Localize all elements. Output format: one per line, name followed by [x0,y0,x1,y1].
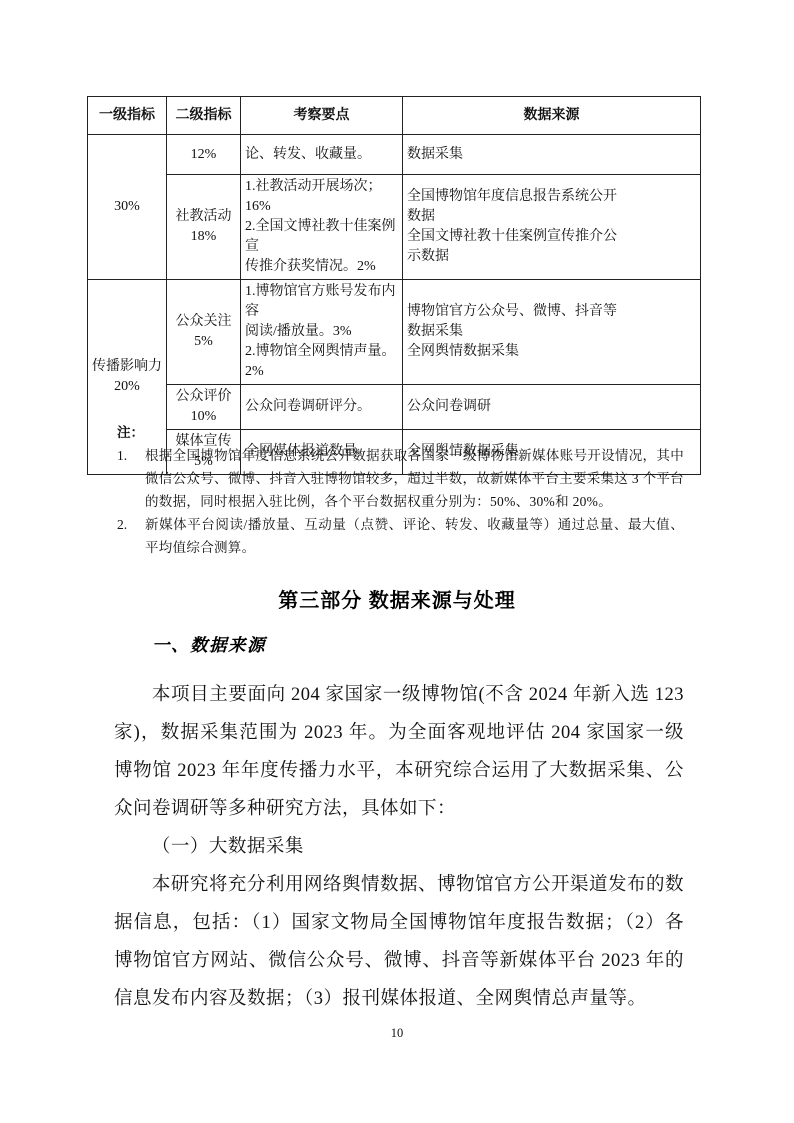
header-level2-indicator: 二级指标 [167,97,241,135]
table-row: 社教活动 18% 1.社教活动开展场次；16% 2.全国文博社教十佳案例宣 传推… [88,175,701,280]
header-key-points: 考察要点 [241,97,403,135]
cell-level2-12pct: 12% [167,135,241,175]
note-number: 1. [117,444,145,467]
subsection-title: 一、数据来源 [152,632,266,657]
cell-source: 全国博物馆年度信息报告系统公开 数据 全国文博社教十佳案例宣传推介公 示数据 [403,175,701,280]
cell-level1-30pct: 30% [88,135,167,280]
page-number: 10 [0,1026,794,1041]
table-header-row: 一级指标 二级指标 考察要点 数据来源 [88,97,701,135]
note-text: 根据全国博物馆年度信息系统公开数据获取各国家一级博物馆新媒体账号开设情况，其中微… [145,444,684,513]
notes-section: 注： 1. 根据全国博物馆年度信息系统公开数据获取各国家一级博物馆新媒体账号开设… [117,421,684,559]
paragraph-project-scope: 本项目主要面向 204 家国家一级博物馆(不含 2024 年新入选 123 家)… [114,676,684,828]
header-data-source: 数据来源 [403,97,701,135]
note-number: 2. [117,513,145,536]
table-row: 30% 12% 论、转发、收藏量。 数据采集 [88,135,701,175]
document-page: 一级指标 二级指标 考察要点 数据来源 30% 12% 论、转发、收藏量。 数据… [0,0,794,1123]
cell-level2-public-attention: 公众关注 5% [167,280,241,385]
note-item-1: 1. 根据全国博物馆年度信息系统公开数据获取各国家一级博物馆新媒体账号开设情况，… [117,444,684,513]
section-title: 第三部分 数据来源与处理 [0,584,794,613]
note-text: 新媒体平台阅读/播放量、互动量（点赞、评论、转发、收藏量等）通过总量、最大值、平… [145,513,684,559]
cell-level2-social-education: 社教活动 18% [167,175,241,280]
header-level1-indicator: 一级指标 [88,97,167,135]
cell-points: 1.博物馆官方账号发布内容 阅读/播放量。3% 2.博物馆全网舆情声量。2% [241,280,403,385]
cell-source: 数据采集 [403,135,701,175]
paragraph-bigdata-heading: （一）大数据采集 [114,828,684,866]
indicator-weight-table: 一级指标 二级指标 考察要点 数据来源 30% 12% 论、转发、收藏量。 数据… [87,96,701,475]
cell-points: 1.社教活动开展场次；16% 2.全国文博社教十佳案例宣 传推介获奖情况。2% [241,175,403,280]
paragraph-bigdata-detail: 本研究将充分利用网络舆情数据、博物馆官方公开渠道发布的数据信息，包括：（1）国家… [114,866,684,1018]
table-row: 传播影响力 20% 公众关注 5% 1.博物馆官方账号发布内容 阅读/播放量。3… [88,280,701,385]
cell-source: 博物馆官方公众号、微博、抖音等 数据采集 全网舆情数据采集 [403,280,701,385]
note-item-2: 2. 新媒体平台阅读/播放量、互动量（点赞、评论、转发、收藏量等）通过总量、最大… [117,513,684,559]
notes-label: 注： [117,421,684,444]
body-text: 本项目主要面向 204 家国家一级博物馆(不含 2024 年新入选 123 家)… [114,676,684,1018]
cell-points: 论、转发、收藏量。 [241,135,403,175]
